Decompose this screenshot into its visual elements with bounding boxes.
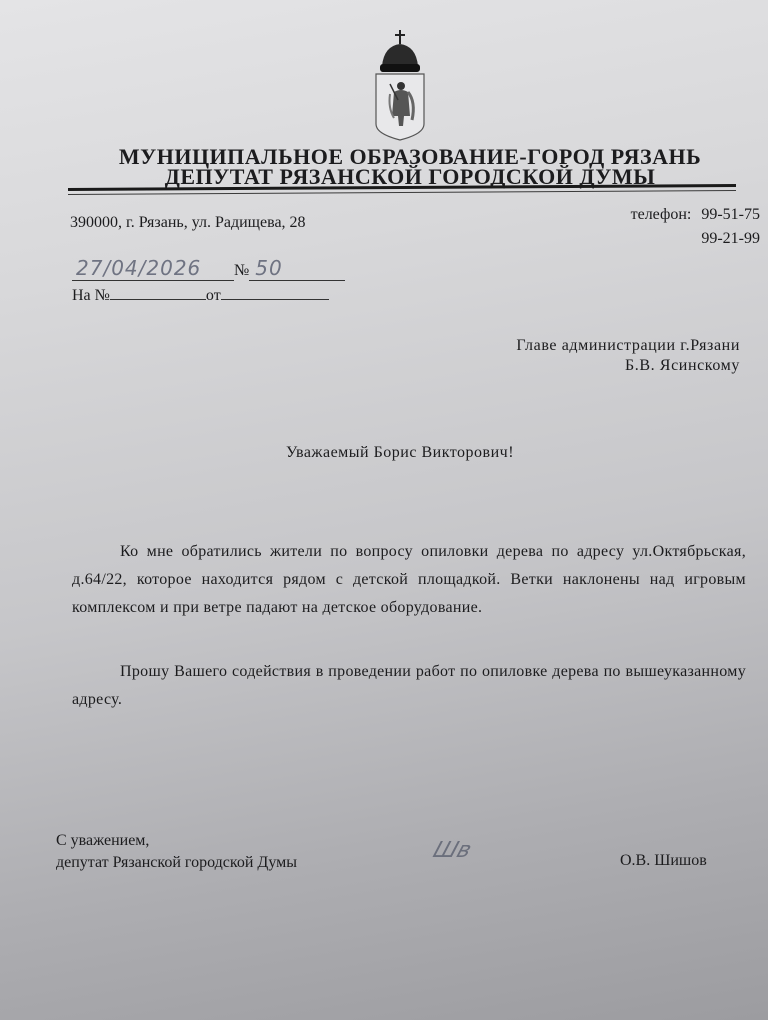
- outgoing-date: 27/04/2026: [72, 256, 234, 281]
- closing-position: депутат Рязанской городской Думы: [56, 852, 297, 874]
- closing-block: С уважением, депутат Рязанской городской…: [56, 830, 297, 874]
- signer-name: О.В. Шишов: [620, 852, 707, 870]
- ryazan-coat-of-arms-icon: [360, 28, 440, 143]
- closing-salutation: С уважением,: [56, 830, 297, 852]
- office-address: 390000, г. Рязань, ул. Радищева, 28: [70, 214, 306, 232]
- phone-label: телефон:: [631, 206, 692, 223]
- recipient-block: Главе администрации г.Рязани Б.В. Ясинск…: [516, 336, 740, 376]
- phone-block: телефон: 99-51-75 99-21-99: [578, 203, 760, 251]
- phone-number-1: 99-51-75: [701, 206, 760, 223]
- outgoing-number: 50: [249, 256, 345, 281]
- handwritten-signature: Шв: [430, 838, 475, 863]
- recipient-title: Главе администрации г.Рязани: [516, 336, 740, 356]
- incoming-reference: На №от: [72, 285, 329, 305]
- phone-number-2: 99-21-99: [578, 227, 760, 251]
- recipient-name: Б.В. Ясинскому: [516, 356, 740, 376]
- body-paragraph-1: Ко мне обратились жители по вопросу опил…: [72, 538, 746, 622]
- reply-to-number-field: [110, 285, 206, 300]
- header-rule-thin: [68, 190, 736, 195]
- reply-to-label: На №: [72, 287, 110, 304]
- number-label: №: [234, 262, 249, 279]
- reply-to-date-field: [221, 285, 329, 300]
- outgoing-registration: 27/04/2026№50: [72, 256, 345, 281]
- from-label: от: [206, 287, 221, 304]
- body-paragraph-2: Прошу Вашего содействия в проведении раб…: [72, 658, 746, 714]
- greeting: Уважаемый Борис Викторович!: [0, 444, 768, 462]
